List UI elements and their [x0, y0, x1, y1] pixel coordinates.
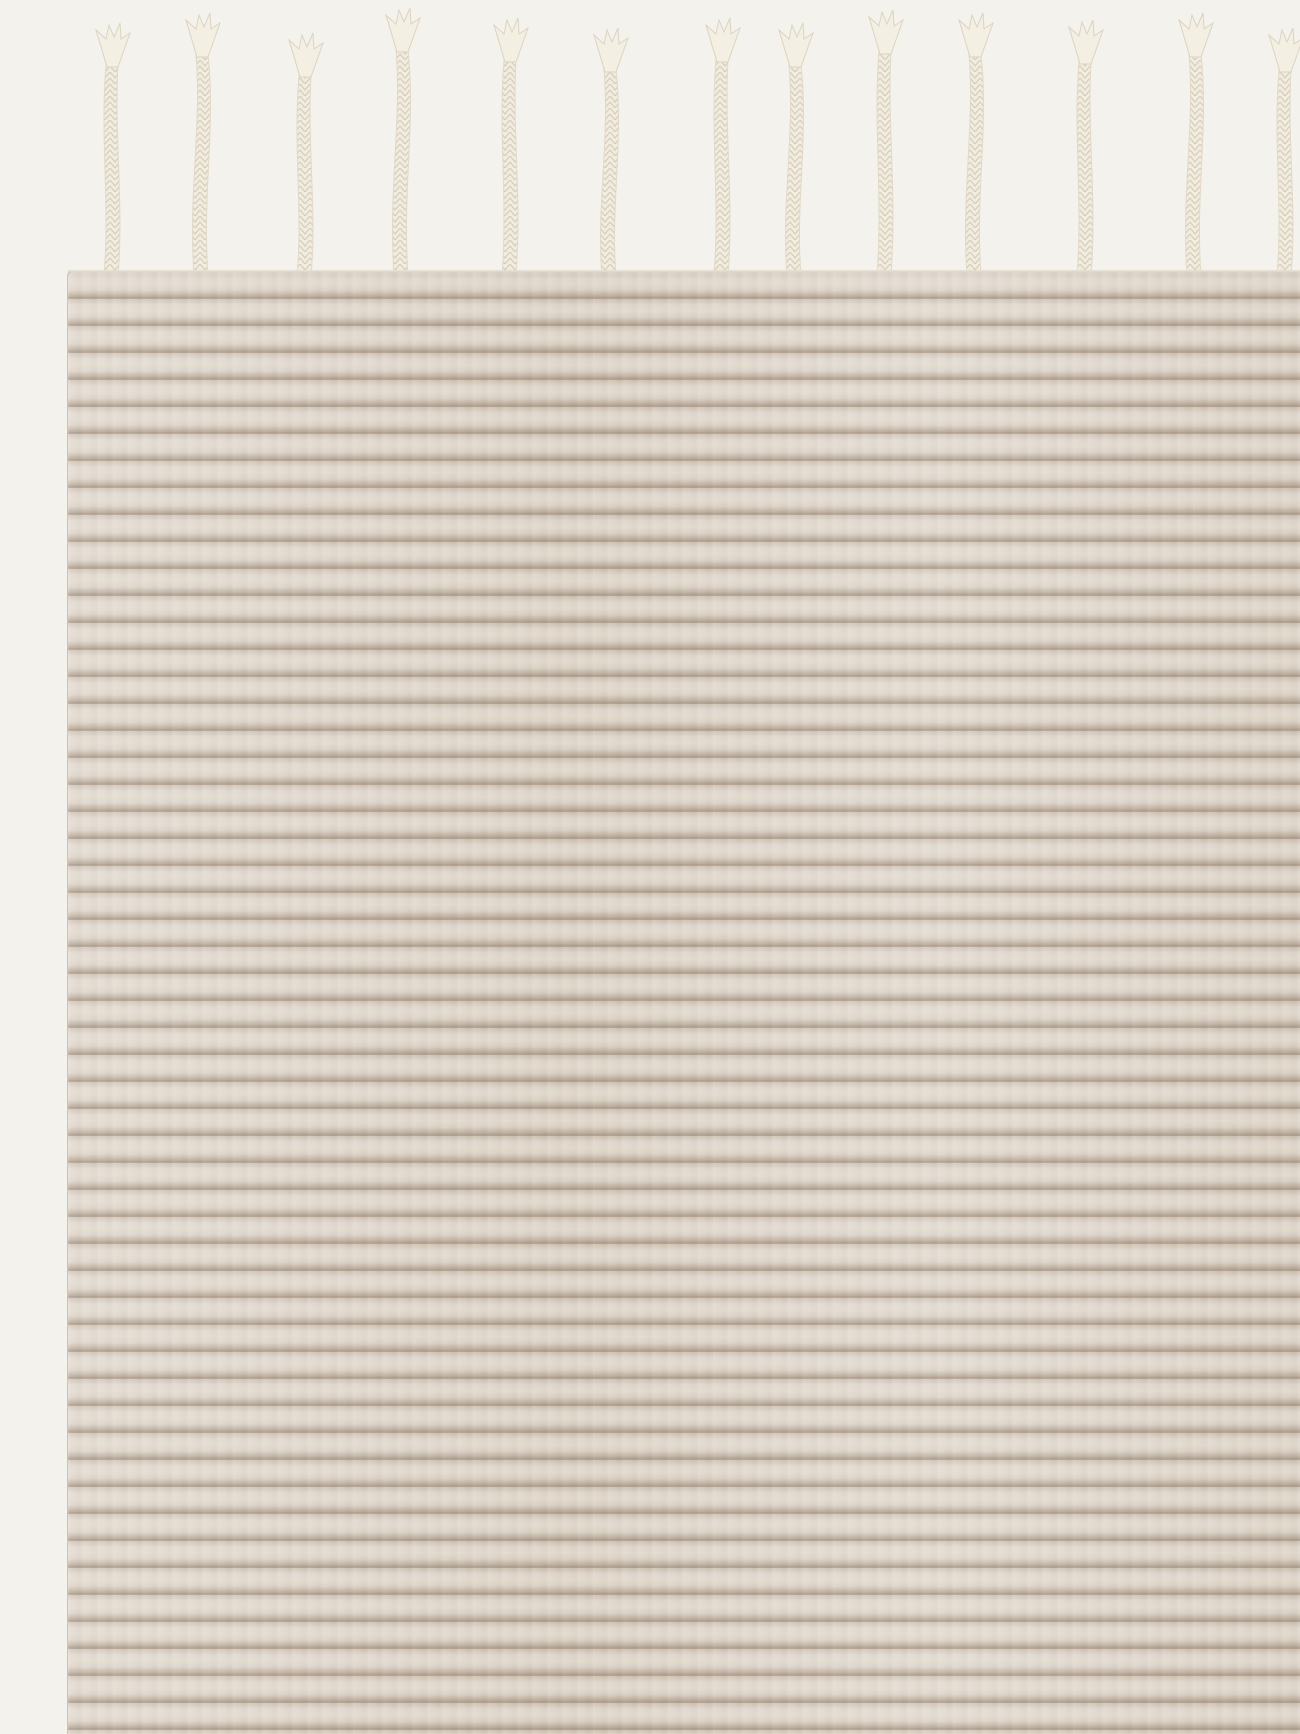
fringe-tassel [186, 13, 220, 275]
fringe-tassel [96, 23, 130, 275]
fringe-tassel [959, 13, 993, 275]
fringe-tassel [779, 23, 813, 275]
fringe-tassel [289, 33, 323, 275]
fringe-tassel [1269, 28, 1300, 275]
fringe-tassel [594, 28, 628, 275]
ribbed-rug [68, 272, 1300, 1734]
fringe-tassel [1179, 13, 1213, 275]
fringe-tassel [706, 18, 740, 275]
photo-scene [0, 0, 1300, 1734]
fringe-tassels [0, 0, 1300, 290]
fringe-tassel [494, 18, 528, 275]
fringe-tassel [386, 8, 420, 275]
fringe-tassel [869, 10, 903, 275]
fringe-tassel [1069, 20, 1103, 275]
